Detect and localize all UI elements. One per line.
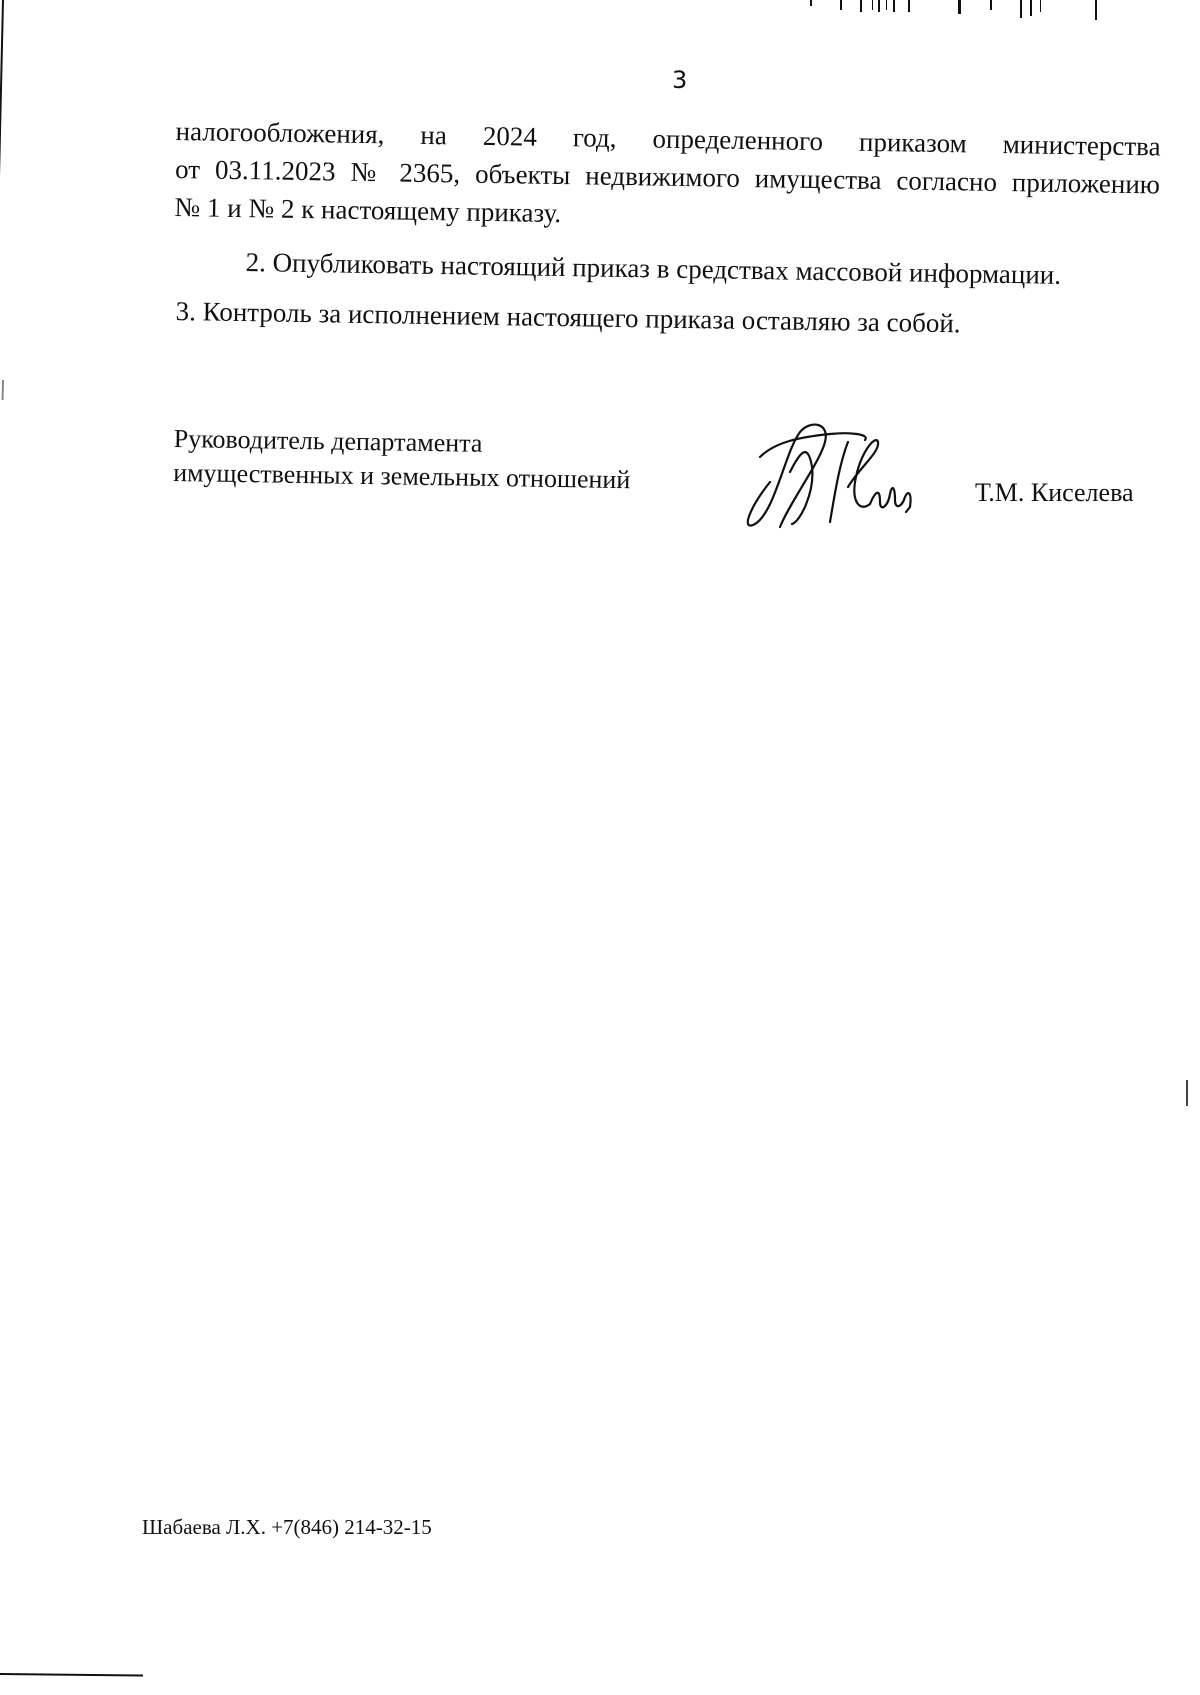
paragraph-item-2: 2. Опубликовать настоящий приказ в средс… bbox=[245, 243, 1145, 295]
executor-contact: Шабаева Л.Х. +7(846) 214-32-15 bbox=[142, 1515, 432, 1540]
scan-right-tick bbox=[1186, 1080, 1188, 1106]
position-line: имущественных и земельных отношений bbox=[173, 456, 631, 497]
scan-bottom-line bbox=[0, 1673, 143, 1676]
scan-edge-line-faint bbox=[2, 380, 4, 400]
paragraph-line: 3. Контроль за исполнением настоящего пр… bbox=[175, 292, 1075, 344]
scan-edge-line bbox=[0, 0, 4, 380]
paragraph-item-3: 3. Контроль за исполнением настоящего пр… bbox=[175, 292, 1075, 344]
paragraph-line: 2. Опубликовать настоящий приказ в средс… bbox=[245, 243, 1145, 295]
document-page: 3 налогообложения, на 2024 год, определе… bbox=[0, 0, 1200, 1695]
scan-top-marks bbox=[800, 0, 1120, 22]
paragraph-continuation: налогообложения, на 2024 год, определенн… bbox=[174, 112, 1161, 241]
signer-name: Т.М. Киселева bbox=[975, 478, 1134, 508]
signatory-position: Руководитель департамента имущественных … bbox=[173, 422, 631, 497]
handwritten-signature-icon bbox=[730, 412, 930, 532]
page-number: 3 bbox=[672, 66, 687, 94]
